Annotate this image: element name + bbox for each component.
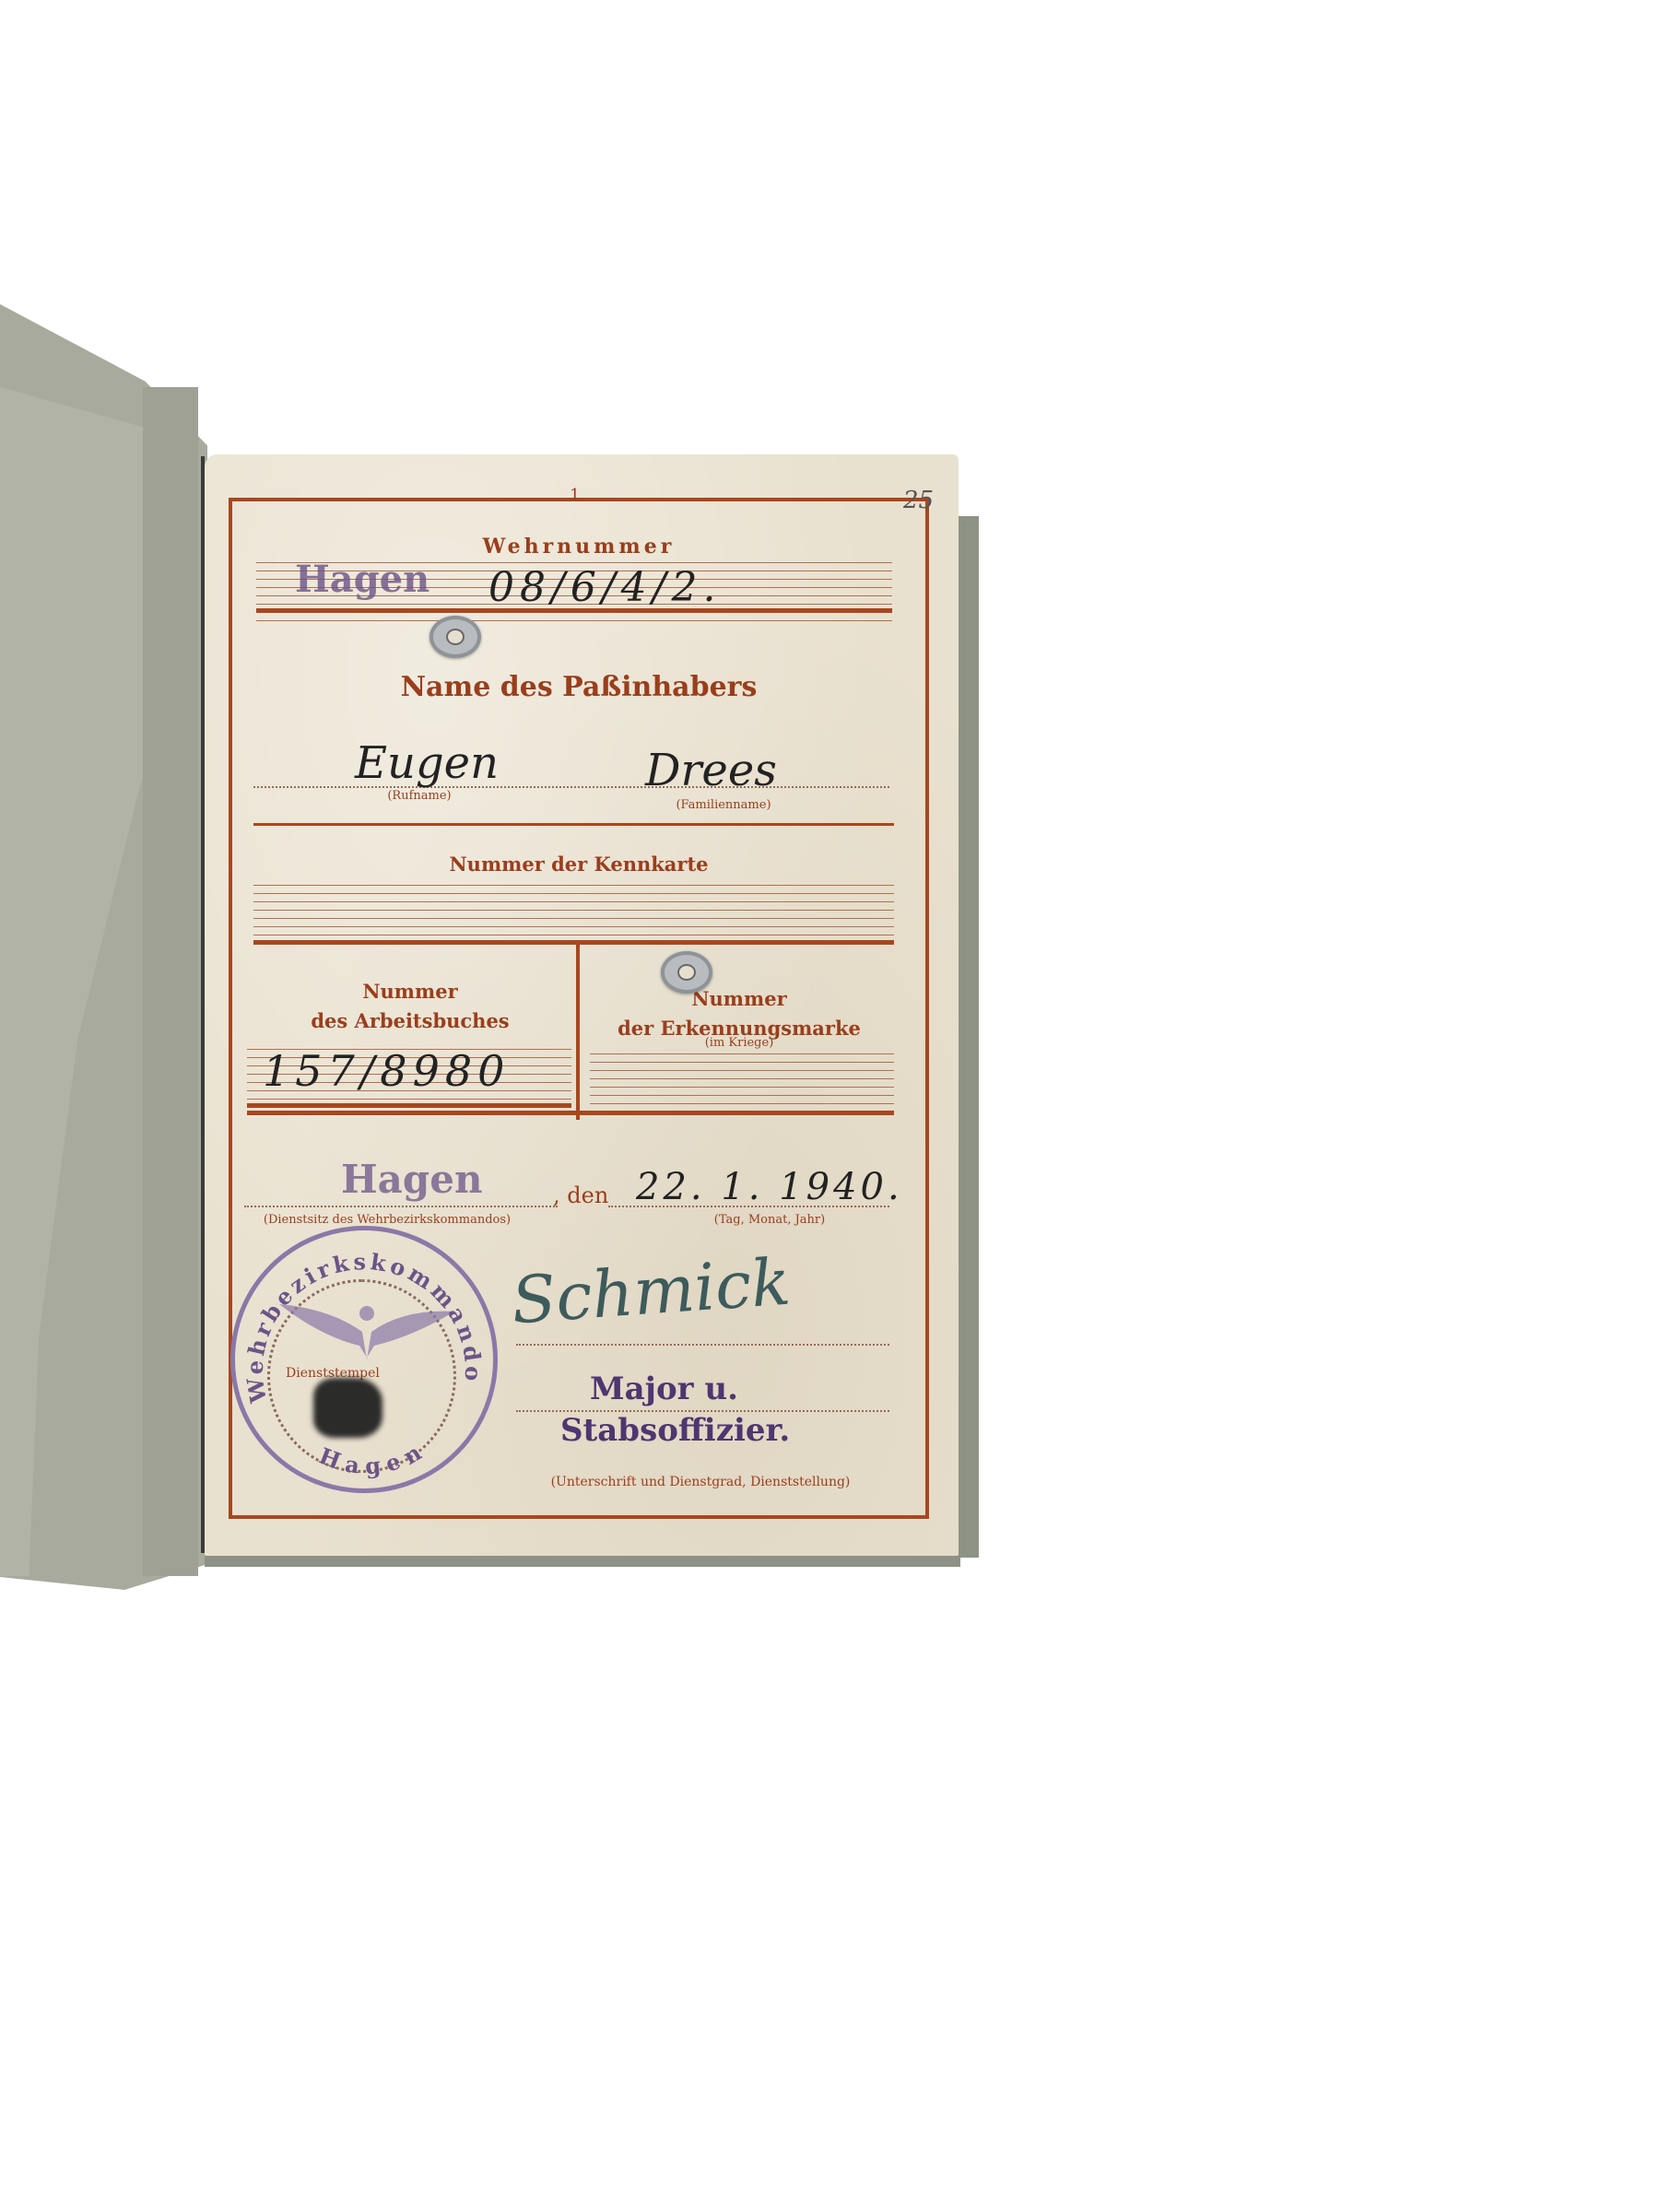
boxes-bottom-line [247,1111,894,1115]
arbeitsbuch-heading-line1: Nummer [249,977,571,1006]
issue-place-stamp: Hagen [341,1157,483,1202]
corner-number: 25 [903,487,934,514]
wehrnummer-heading: Wehrnummer [229,535,929,559]
svg-text:Hagen: Hagen [315,1435,432,1480]
box-divider [576,945,580,1120]
arbeitsbuch-heading: Nummer des Arbeitsbuches [249,977,571,1036]
wehrnummer-value: 08/6/4/2. [488,564,721,611]
spine-shadow [201,456,205,1553]
rank-line-2: Stabsoffizier. [560,1412,790,1449]
name-divider [253,823,894,826]
family-name-value: Drees [645,745,777,796]
first-name-value: Eugen [355,737,499,789]
arbeitsbuch-heading-line2: des Arbeitsbuches [249,1006,571,1036]
arbeitsbuch-underline [247,1103,571,1108]
passholder-heading: Name des Paßinhabers [229,671,929,703]
date-label: (Tag, Monat, Jahr) [696,1213,843,1227]
back-page-right-edge [959,516,979,1558]
issue-date-value: 22. 1. 1940. [636,1166,903,1208]
name-dotted-line [253,786,889,788]
wehrnummer-stamp-hagen: Hagen [295,558,429,601]
place-dotted-line [244,1206,558,1207]
kennkarte-underline [253,940,894,945]
signature-label: (Unterschrift und Dienstgrad, Dienststel… [516,1475,885,1489]
family-name-label: (Familienname) [659,798,788,812]
erkennungsmarke-subnote: (im Kriege) [582,1036,896,1050]
erkennungsmarke-lines [590,1053,894,1109]
svg-text:Wehrbezirkskommando: Wehrbezirkskommando [241,1248,487,1406]
signature-dotted-line-1 [516,1344,889,1346]
arbeitsbuch-value: 157/8980 [263,1046,510,1096]
eyelet-middle [661,951,712,994]
stamp-ring-text: Wehrbezirkskommando Hagen [230,1226,498,1493]
erkennungsmarke-heading-line1: Nummer [582,984,896,1014]
cover-spine-fold [143,387,198,1576]
kennkarte-lines [253,885,894,940]
kennkarte-heading: Nummer der Kennkarte [229,853,929,876]
erkennungsmarke-heading: Nummer der Erkennungsmarke [582,984,896,1043]
first-name-label: (Rufname) [364,789,475,803]
rank-line-1: Major u. [590,1371,738,1407]
den-label: , den [553,1182,608,1208]
page-number: 1 [570,486,580,505]
place-label: (Dienstsitz des Wehrbezirkskommandos) [244,1213,530,1227]
eyelet-top [429,616,481,658]
